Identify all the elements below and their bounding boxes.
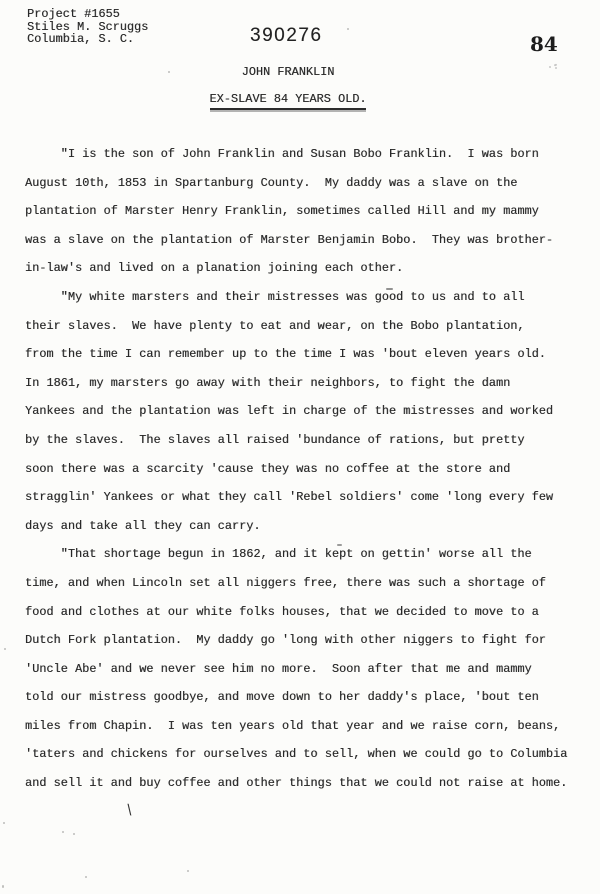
text-line: by the slaves. The slaves all raised 'bu…: [25, 426, 585, 455]
header-line: Project #1655: [27, 8, 148, 21]
narrative-text: "I is the son of John Franklin and Susan…: [25, 140, 585, 798]
scan-speck: [85, 876, 87, 878]
document-page: Project #1655Stiles M. ScruggsColumbia, …: [0, 0, 600, 894]
pen-mark: \: [126, 802, 132, 818]
text-line: "That shortage begun in 1862, and it kep…: [25, 540, 585, 569]
scan-speck: [73, 833, 75, 835]
text-line: from the time I can remember up to the t…: [25, 340, 585, 369]
project-header: Project #1655Stiles M. ScruggsColumbia, …: [27, 8, 148, 46]
text-line: Yankees and the plantation was left in c…: [25, 397, 585, 426]
text-line: stragglin' Yankees or what they call 'Re…: [25, 483, 585, 512]
text-line: their slaves. We have plenty to eat and …: [25, 312, 585, 341]
text-line: was a slave on the plantation of Marster…: [25, 226, 585, 255]
scan-speck: [337, 544, 342, 546]
text-line: food and clothes at our white folks hous…: [25, 598, 585, 627]
scan-speck: [187, 870, 189, 872]
text-line: In 1861, my marsters go away with their …: [25, 369, 585, 398]
text-line: miles from Chapin. I was ten years old t…: [25, 712, 585, 741]
document-subtitle: EX-SLAVE 84 YEARS OLD.: [210, 92, 367, 110]
text-line: "I is the son of John Franklin and Susan…: [25, 140, 585, 169]
text-line: plantation of Marster Henry Franklin, so…: [25, 197, 585, 226]
text-line: August 10th, 1853 in Spartanburg County.…: [25, 169, 585, 198]
text-line: "My white marsters and their mistresses …: [25, 283, 585, 312]
text-line: days and take all they can carry.: [25, 512, 585, 541]
text-line: time, and when Lincoln set all niggers f…: [25, 569, 585, 598]
scan-speck: [168, 71, 170, 73]
text-line: Dutch Fork plantation. My daddy go 'long…: [25, 626, 585, 655]
header-line: Columbia, S. C.: [27, 33, 148, 46]
text-line: 'Uncle Abe' and we never see him no more…: [25, 655, 585, 684]
page-number: 84: [530, 32, 558, 56]
text-line: and sell it and buy coffee and other thi…: [25, 769, 585, 798]
text-line: told our mistress goodbye, and move down…: [25, 683, 585, 712]
scan-speck: [62, 831, 64, 833]
text-line: 'taters and chickens for ourselves and t…: [25, 740, 585, 769]
document-title: JOHN FRANKLIN: [0, 65, 576, 79]
scan-speck: [4, 648, 6, 650]
serial-stamp: 390276: [250, 25, 322, 47]
text-line: soon there was a scarcity 'cause they wa…: [25, 455, 585, 484]
scan-speck: [386, 288, 393, 290]
scan-speck: [2, 885, 4, 888]
text-line: in-law's and lived on a planation joinin…: [25, 254, 585, 283]
scan-speck: [347, 28, 349, 30]
scan-speck: [3, 822, 5, 824]
